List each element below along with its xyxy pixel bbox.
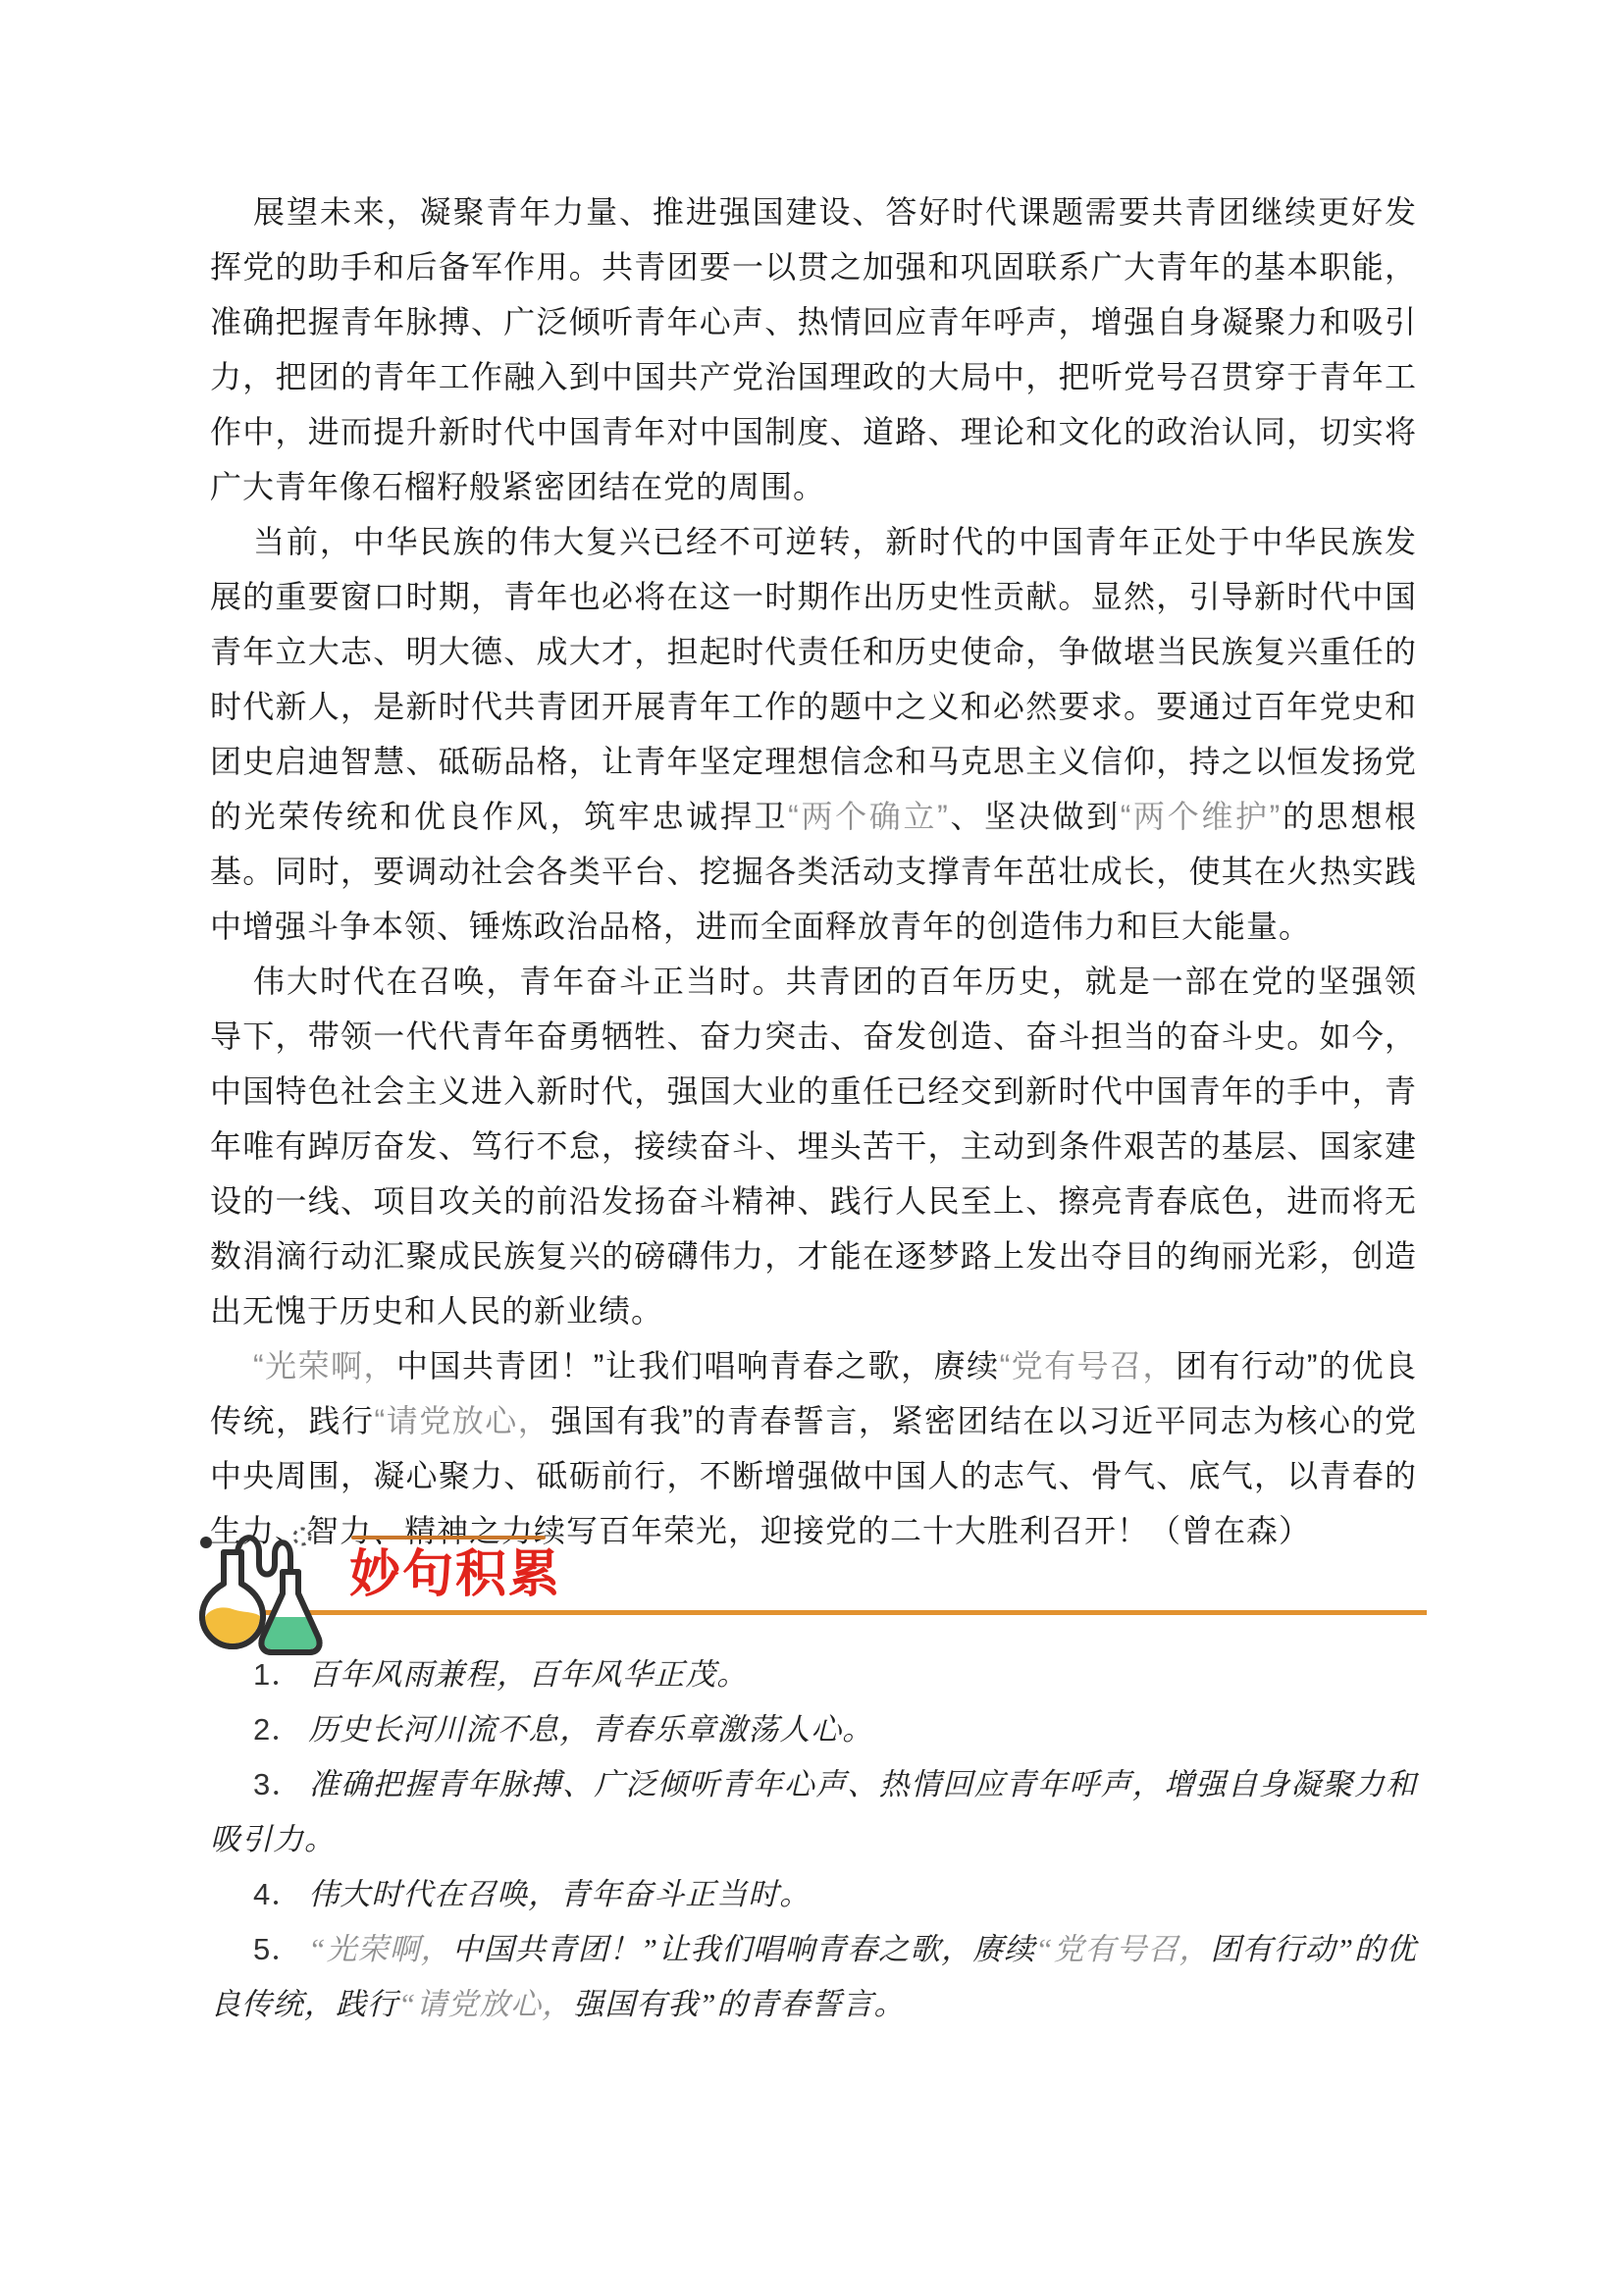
conical-flask <box>261 1572 319 1652</box>
text-run: 中国共青团！”让我们唱响青春之歌，赓续 <box>452 1932 1036 1966</box>
text-run: 历史长河川流不息，青春乐章激荡人心。 <box>308 1712 873 1747</box>
highlighted-phrase: “请党放心， <box>375 1403 551 1438</box>
highlighted-phrase: “党有号召， <box>1035 1932 1210 1966</box>
text-run: 百年风雨兼程，百年风华正茂。 <box>308 1657 748 1692</box>
list-item-number: 1． <box>253 1657 308 1692</box>
list-item-text: “光荣啊，中国共青团！”让我们唱响青春之歌，赓续“党有号召，团有行动”的优良传统… <box>210 1932 1417 2021</box>
highlighted-phrase: “光荣啊， <box>308 1932 451 1966</box>
text-run: 强国有我”的青春誓言。 <box>573 1987 905 2021</box>
text-run: 、坚决做到 <box>949 799 1121 834</box>
list-item: 2．历史长河川流不息，青春乐章激荡人心。 <box>210 1702 1417 1757</box>
list-item-number: 5． <box>253 1932 308 1966</box>
body-paragraph: 当前，中华民族的伟大复兴已经不可逆转，新时代的中国青年正处于中华民族发展的重要窗… <box>210 514 1417 954</box>
list-item: 1．百年风雨兼程，百年风华正茂。 <box>210 1647 1417 1702</box>
text-run: 准确把握青年脉搏、广泛倾听青年心声、热情回应青年呼声，增强自身凝聚力和吸引力。 <box>210 1767 1417 1856</box>
list-item: 3．准确把握青年脉搏、广泛倾听青年心声、热情回应青年呼声，增强自身凝聚力和吸引力… <box>210 1757 1417 1867</box>
section-title-top-rule <box>351 1536 546 1539</box>
chemistry-flasks-icon <box>192 1519 330 1658</box>
highlighted-phrase: “党有号召， <box>1000 1348 1176 1383</box>
sparkle-decoration <box>294 1529 310 1544</box>
list-item-number: 4． <box>253 1877 308 1911</box>
document-page: 展望未来，凝聚青年力量、推进强国建设、答好时代课题需要共青团继续更好发挥党的助手… <box>0 0 1623 2296</box>
list-item-number: 2． <box>253 1712 308 1747</box>
body-paragraph: 伟大时代在召唤，青年奋斗正当时。共青团的百年历史，就是一部在党的坚强领导下，带领… <box>210 954 1417 1338</box>
dot-decoration <box>200 1537 212 1548</box>
list-item-text: 准确把握青年脉搏、广泛倾听青年心声、热情回应青年呼声，增强自身凝聚力和吸引力。 <box>210 1767 1417 1856</box>
section-title: 妙句积累 <box>349 1546 561 1603</box>
highlighted-phrase: “请党放心， <box>398 1987 573 2021</box>
round-flask <box>202 1552 263 1646</box>
list-item-text: 伟大时代在召唤，青年奋斗正当时。 <box>308 1877 811 1911</box>
list-item-text: 历史长河川流不息，青春乐章激荡人心。 <box>308 1712 873 1747</box>
text-run: 中国共青团！”让我们唱响青春之歌，赓续 <box>396 1348 1000 1383</box>
sentence-list: 1．百年风雨兼程，百年风华正茂。 2．历史长河川流不息，青春乐章激荡人心。 3．… <box>210 1647 1417 2032</box>
list-item: 4．伟大时代在召唤，青年奋斗正当时。 <box>210 1867 1417 1922</box>
text-run: 展望未来，凝聚青年力量、推进强国建设、答好时代课题需要共青团继续更好发挥党的助手… <box>210 194 1417 504</box>
highlighted-phrase: “光荣啊， <box>253 1348 396 1383</box>
text-run: 伟大时代在召唤，青年奋斗正当时。共青团的百年历史，就是一部在党的坚强领导下，带领… <box>210 964 1417 1329</box>
list-item: 5．“光荣啊，中国共青团！”让我们唱响青春之歌，赓续“党有号召，团有行动”的优良… <box>210 1922 1417 2032</box>
body-paragraph: “光荣啊，中国共青团！”让我们唱响青春之歌，赓续“党有号召，团有行动”的优良传统… <box>210 1338 1417 1558</box>
article-body: 展望未来，凝聚青年力量、推进强国建设、答好时代课题需要共青团继续更好发挥党的助手… <box>210 184 1417 1558</box>
highlighted-phrase: “两个确立” <box>788 799 949 834</box>
text-run: 当前，中华民族的伟大复兴已经不可逆转，新时代的中国青年正处于中华民族发展的重要窗… <box>210 524 1417 834</box>
list-item-text: 百年风雨兼程，百年风华正茂。 <box>308 1657 748 1692</box>
text-run: 伟大时代在召唤，青年奋斗正当时。 <box>308 1877 811 1911</box>
highlighted-phrase: “两个维护” <box>1121 799 1282 834</box>
list-item-number: 3． <box>253 1767 309 1801</box>
body-paragraph: 展望未来，凝聚青年力量、推进强国建设、答好时代课题需要共青团继续更好发挥党的助手… <box>210 184 1417 514</box>
section-divider-rule <box>218 1610 1427 1615</box>
